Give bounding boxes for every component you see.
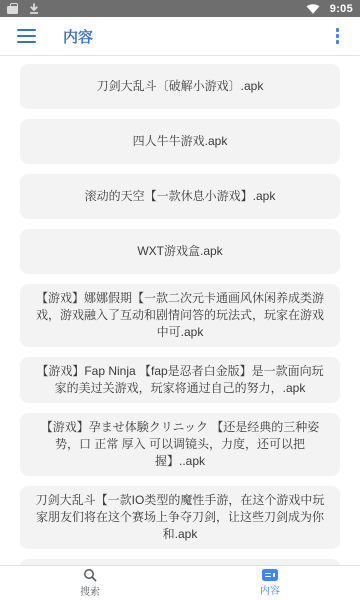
- file-list: 刀剑大乱斗〔破解小游戏〕.apk 四人牛牛游戏.apk 滚动的天空【一款休息小游…: [0, 56, 360, 565]
- file-item[interactable]: 【游戏】Fap Ninja 【fap是忍者白金版】是一款面向玩家的美过关游戏，玩…: [20, 357, 340, 403]
- app-bar: 内容: [0, 17, 360, 56]
- file-name: 刀剑大乱斗【一款IO类型的魔性手游，在这个游戏中玩家朋友们将在这个赛场上争夺刀剑…: [33, 492, 327, 543]
- download-icon: [28, 2, 40, 15]
- bottom-nav: 搜索 内容: [0, 565, 360, 600]
- file-item[interactable]: WXT游戏盒.apk: [20, 229, 340, 274]
- file-name: 刀剑大乱斗〔破解小游戏〕.apk: [97, 78, 264, 95]
- file-item[interactable]: 滚动的天空【一款休息小游戏】.apk: [20, 174, 340, 219]
- status-bar-left: [7, 2, 40, 15]
- article-icon: [262, 569, 278, 581]
- file-item[interactable]: 【游戏】孕ませ体験クリニック 【还是经典的三种姿势，口 正常 厚入 可以调镜头，…: [20, 413, 340, 476]
- briefcase-icon: [7, 6, 18, 14]
- tab-search[interactable]: 搜索: [0, 566, 180, 600]
- file-item[interactable]: 【游戏】娜娜假期【一款二次元卡通画风休闲养成类游戏，游戏融入了互动和剧情问答的玩…: [20, 284, 340, 347]
- menu-hamburger-icon[interactable]: [17, 27, 36, 45]
- app-screen: 9:05 内容 刀剑大乱斗〔破解小游戏〕.apk 四人牛牛游戏.apk 滚动的天…: [0, 0, 360, 600]
- page-title: 内容: [63, 26, 93, 47]
- file-item[interactable]: 刀剑大乱斗〔破解小游戏〕.apk: [20, 64, 340, 109]
- kebab-menu-icon[interactable]: [332, 26, 344, 46]
- file-name: 【游戏】娜娜假期【一款二次元卡通画风休闲养成类游戏，游戏融入了互动和剧情问答的玩…: [33, 290, 327, 341]
- search-icon: [83, 568, 97, 582]
- file-name: 【游戏】孕ませ体験クリニック 【还是经典的三种姿势，口 正常 厚入 可以调镜头，…: [33, 419, 327, 470]
- file-name: 四人牛牛游戏.apk: [133, 133, 228, 150]
- tab-content[interactable]: 内容: [180, 566, 360, 600]
- file-name: 【游戏】Fap Ninja 【fap是忍者白金版】是一款面向玩家的美过关游戏，玩…: [33, 363, 327, 397]
- file-name: 滚动的天空【一款休息小游戏】.apk: [85, 188, 276, 205]
- file-name: WXT游戏盒.apk: [137, 243, 222, 260]
- tab-search-label: 搜索: [80, 583, 100, 598]
- status-bar-right: 9:05: [306, 3, 353, 15]
- wifi-icon: [306, 3, 320, 14]
- file-item[interactable]: 四人牛牛游戏.apk: [20, 119, 340, 164]
- status-bar: 9:05: [0, 0, 360, 17]
- tab-content-label: 内容: [260, 582, 280, 597]
- file-item[interactable]: 刀剑大乱斗【一款IO类型的魔性手游，在这个游戏中玩家朋友们将在这个赛场上争夺刀剑…: [20, 486, 340, 549]
- status-time: 9:05: [330, 3, 353, 15]
